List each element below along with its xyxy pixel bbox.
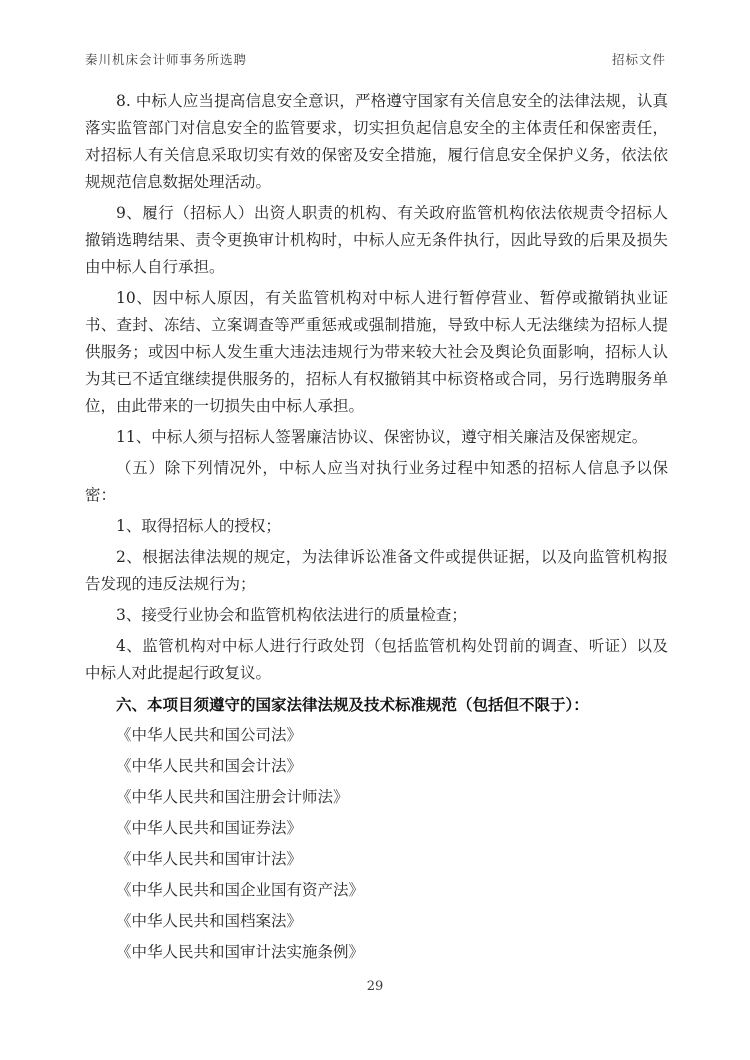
law-title-accounting-law: 《中华人民共和国会计法》	[85, 753, 668, 780]
exception-4-administrative-penalty: 4、监管机构对中标人进行行政处罚（包括监管机构处罚前的调查、听证）以及中标人对此…	[85, 633, 668, 687]
page-footer: 29	[0, 979, 750, 994]
clause-9-unconditional-execution: 9、履行（招标人）出资人职责的机构、有关政府监管机构依法依规责令招标人撤销选聘结…	[85, 200, 668, 281]
page-header: 秦川机床会计师事务所选聘 招标文件	[85, 50, 666, 68]
page-number: 29	[367, 979, 384, 994]
law-title-state-owned-assets-law: 《中华人民共和国企业国有资产法》	[85, 877, 668, 904]
law-title-cpa-law: 《中华人民共和国注册会计师法》	[85, 784, 668, 811]
document-body: 8. 中标人应当提高信息安全意识，严格遵守国家有关信息安全的法律法规，认真落实监…	[85, 88, 668, 970]
clause-11-integrity-agreement: 11、中标人须与招标人签署廉洁协议、保密协议，遵守相关廉洁及保密规定。	[85, 424, 668, 451]
exception-1-authorization: 1、取得招标人的授权；	[85, 513, 668, 540]
document-page: 秦川机床会计师事务所选聘 招标文件 8. 中标人应当提高信息安全意识，严格遵守国…	[0, 0, 750, 1060]
law-title-securities-law: 《中华人民共和国证券法》	[85, 815, 668, 842]
clause-10-revocation: 10、因中标人原因，有关监管机构对中标人进行暂停营业、暂停或撤销执业证书、查封、…	[85, 285, 668, 420]
law-title-company-law: 《中华人民共和国公司法》	[85, 722, 668, 749]
law-title-archives-law: 《中华人民共和国档案法》	[85, 908, 668, 935]
header-doc-title: 秦川机床会计师事务所选聘	[85, 50, 247, 68]
exception-2-legal-evidence: 2、根据法律法规的规定，为法律诉讼准备文件或提供证据，以及向监管机构报告发现的违…	[85, 544, 668, 598]
header-doc-type: 招标文件	[612, 50, 666, 68]
section-6-heading-laws: 六、本项目须遵守的国家法律法规及技术标准规范（包括但不限于）：	[85, 691, 668, 718]
law-title-audit-law-regulations: 《中华人民共和国审计法实施条例》	[85, 939, 668, 966]
law-title-audit-law: 《中华人民共和国审计法》	[85, 846, 668, 873]
clause-8-info-security: 8. 中标人应当提高信息安全意识，严格遵守国家有关信息安全的法律法规，认真落实监…	[85, 88, 668, 196]
exception-3-quality-check: 3、接受行业协会和监管机构依法进行的质量检查；	[85, 602, 668, 629]
section-5-confidentiality-intro: （五）除下列情况外，中标人应当对执行业务过程中知悉的招标人信息予以保密：	[85, 455, 668, 509]
